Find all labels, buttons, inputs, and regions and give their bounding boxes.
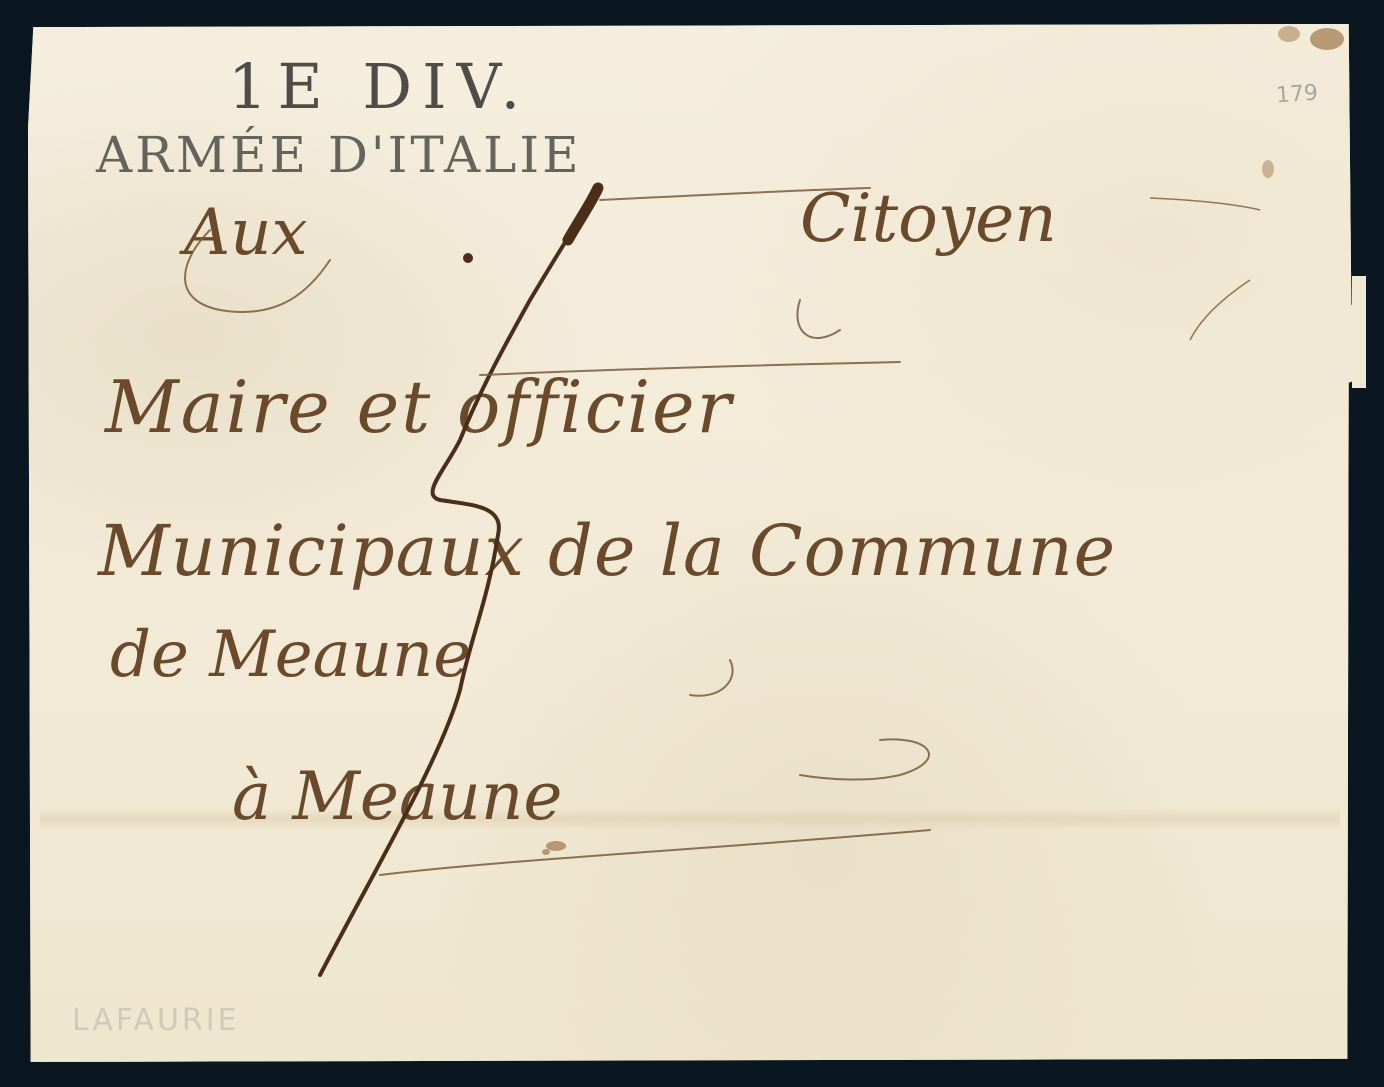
address-title: Citoyen	[800, 180, 1057, 257]
address-line-destination: à Meaune	[232, 758, 562, 835]
stain-top-right-2	[1278, 26, 1300, 42]
postmark-army: ARMÉE D'ITALIE	[96, 126, 582, 184]
stain-right	[1262, 160, 1274, 178]
pencil-note-top-right: 179	[1275, 81, 1319, 109]
address-line-maire: Maire et officier	[105, 365, 733, 449]
pencil-note-bottom-left: LAFAURIE	[72, 1003, 240, 1038]
address-salutation: Aux	[184, 196, 308, 270]
address-line-commune: de Meaune	[110, 618, 471, 692]
address-line-municipaux: Municipaux de la Commune	[98, 510, 1116, 592]
postmark-division: 1E DIV.	[228, 50, 530, 123]
stain-top-right-1	[1310, 28, 1344, 50]
folded-flap	[1352, 276, 1366, 388]
